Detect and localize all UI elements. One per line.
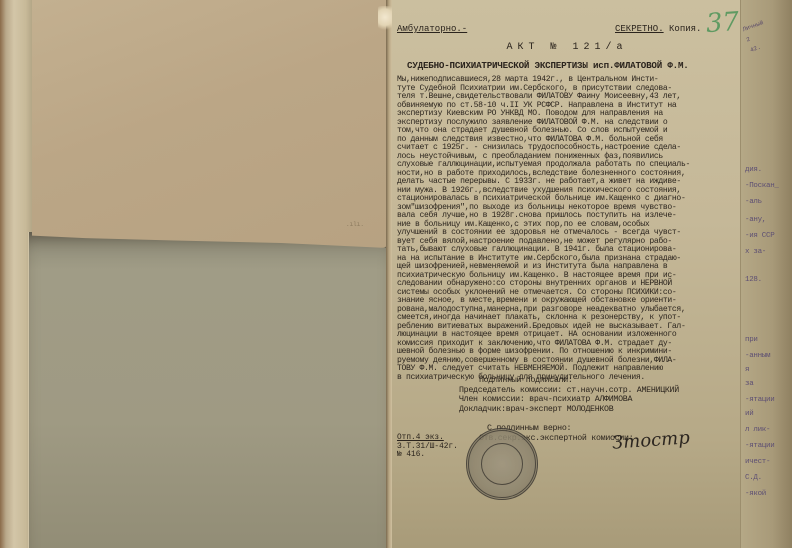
underlying-sheet-text: -аль xyxy=(745,198,762,206)
document-number: № 416. xyxy=(397,451,458,460)
underlying-sheet-text: 128. xyxy=(745,276,762,284)
left-page-folded-sheet: .ılı. xyxy=(32,0,388,248)
faint-page-mark: .ılı. xyxy=(346,221,364,228)
underlying-sheet-text: я xyxy=(745,366,749,374)
act-subtitle: СУДЕБНО-ПСИХИАТРИЧЕСКОЙ ЭКСПЕРТИЗЫ исп.Ф… xyxy=(407,60,689,71)
underlying-sheet-text: -анным xyxy=(745,352,770,360)
underlying-sheet-edge: дия.-Поскан_-аль-ану,-ия ССРх за-128.при… xyxy=(740,0,792,548)
official-seal-stamp-icon xyxy=(466,428,538,500)
underlying-sheet-text: С.Д. xyxy=(745,474,762,482)
signatures-heading: Подлинный подписали: xyxy=(459,376,679,386)
underlying-sheet-text: -якой xyxy=(745,490,766,498)
left-page-lower-sheet xyxy=(28,232,389,548)
underlying-sheet-text: дия. xyxy=(745,166,762,174)
underlying-sheet-text: ий xyxy=(745,410,753,418)
copies-count: Отп.4 экз. xyxy=(397,434,458,443)
underlying-sheet-text: ичест- xyxy=(745,458,770,466)
copy-label: Копия. xyxy=(669,24,701,34)
header-classification: СЕКРЕТНО. Копия. xyxy=(615,24,701,34)
header-outpatient: Амбулаторно.- xyxy=(397,24,467,34)
signature-reporter: Докладчик:врач-эксперт МОЛОДЕНКОВ xyxy=(459,405,679,415)
underlying-sheet-text: -Поскан_ xyxy=(745,182,779,190)
underlying-sheet-text: л лик- xyxy=(745,426,770,434)
underlying-sheet-text: -ятации xyxy=(745,396,774,404)
registration-code: З.Т.31/Ш-42г. xyxy=(397,443,458,452)
binding-thread-icon xyxy=(378,6,392,34)
underlying-sheet-text: за xyxy=(745,380,753,388)
act-body-text: Мы,нижеподписавшиеся,28 марта 1942г., в … xyxy=(397,76,739,382)
underlying-sheet-text: -ятации xyxy=(745,442,774,450)
seal-inner-ring xyxy=(481,443,523,485)
underlying-sheet-text: -ану, xyxy=(745,216,766,224)
underlying-sheet-text: -ия ССР xyxy=(745,232,774,240)
secret-stamp-text: СЕКРЕТНО. xyxy=(615,24,664,34)
underlying-sheet-text: при xyxy=(745,336,758,344)
signature-chair: Председатель комиссии: ст.научн.сотр. АМ… xyxy=(459,386,679,396)
signature-member: Член комиссии: врач-психиатр АЛФИМОВА xyxy=(459,395,679,405)
underlying-sheet-text: х за- xyxy=(745,248,766,256)
copy-distribution-notes: Отп.4 экз. З.Т.31/Ш-42г. № 416. xyxy=(397,434,458,460)
archival-document-spread: .ılı. дия.-Поскан_-аль-ану,-ия ССРх за-1… xyxy=(0,0,792,548)
folio-number: 37 xyxy=(705,7,740,39)
act-title: АКТ № 121/а xyxy=(397,42,737,53)
